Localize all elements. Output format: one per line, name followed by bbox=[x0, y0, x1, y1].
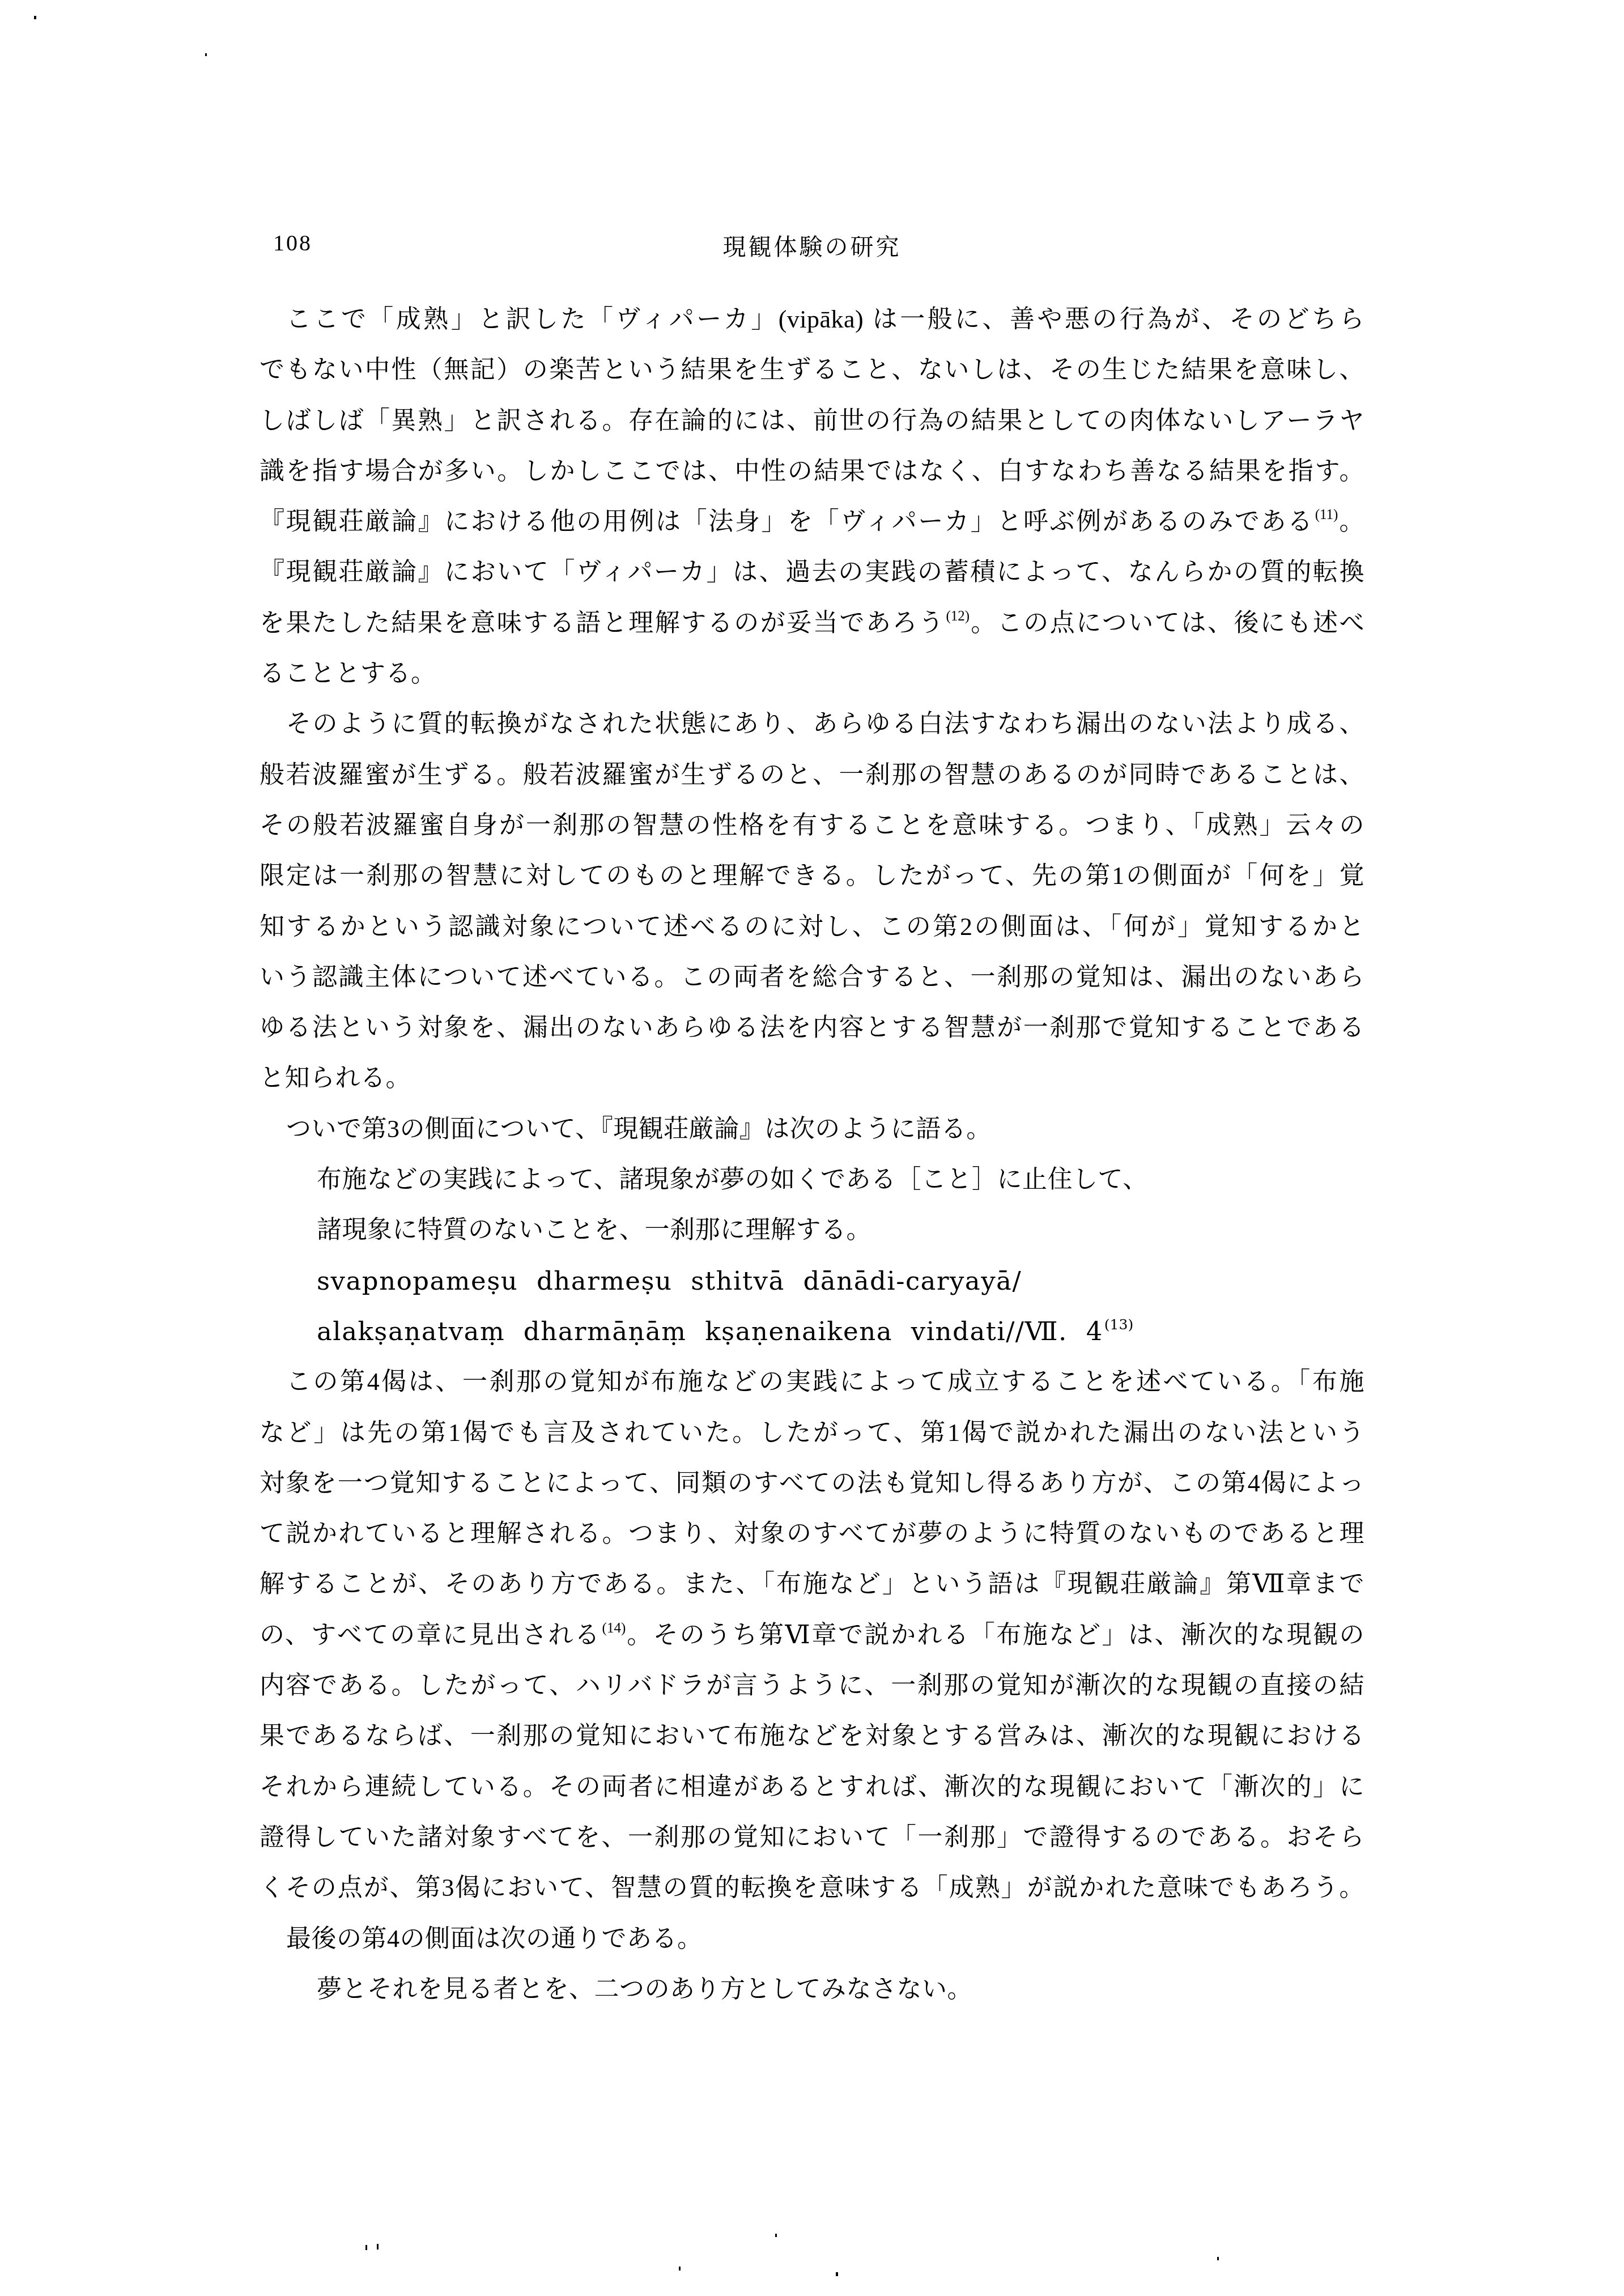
text-line: 證得していた諸対象すべてを、一刹那の覚知において「一刹那」で證得するのである。お… bbox=[260, 1812, 1364, 1863]
text-line: 果であるならば、一刹那の覚知において布施などを対象とする営みは、漸次的な現観にお… bbox=[260, 1711, 1364, 1761]
text-line: ることとする。 bbox=[260, 648, 1364, 699]
footnote-ref-12: (12) bbox=[945, 609, 970, 624]
line-text: この第4偈は、一刹那の覚知が布施などの実践によって成立することを述べている。「布… bbox=[286, 1368, 1364, 1396]
text-line: 内容である。したがって、ハリバドラが言うように、一刹那の覚知が漸次的な現観の直接… bbox=[260, 1660, 1364, 1711]
line-tail: 。 bbox=[1338, 508, 1364, 535]
line-text: 限定は一刹那の智慧に対してのものと理解できる。したがって、先の第1の側面が「何を… bbox=[260, 862, 1364, 890]
text-line: でもない中性（無記）の楽苦という結果を生ずること、ないしは、その生じた結果を意味… bbox=[260, 345, 1364, 395]
line-text: ることとする。 bbox=[260, 660, 436, 687]
text-line: いう認識主体について述べている。この両者を総合すると、一刹那の覚知は、漏出のない… bbox=[260, 952, 1364, 1002]
line-text: 対象を一つ覚知することによって、同類のすべての法も覚知し得るあり方が、この第4偈… bbox=[260, 1469, 1364, 1497]
line-text: 『現観荘厳論』における他の用例は「法身」を「ヴィパーカ」と呼ぶ例があるのみである bbox=[260, 508, 1314, 535]
line-text: を果たした結果を意味する語と理解するのが妥当であろう bbox=[260, 609, 945, 637]
line-text: ここで「成熟」と訳した「ヴィパーカ」(vipāka) は一般に、善や悪の行為が、… bbox=[286, 305, 1364, 333]
text-line: 般若波羅蜜が生ずる。般若波羅蜜が生ずるのと、一刹那の智慧のあるのが同時であること… bbox=[260, 750, 1364, 800]
text-line: の、すべての章に見出される(14)。そのうち第Ⅵ章で説かれる「布施など」は、漸次… bbox=[260, 1610, 1364, 1660]
line-text: 『現観荘厳論』において「ヴィパーカ」は、過去の実践の蓄積によって、なんらかの質的… bbox=[260, 558, 1364, 586]
text-line: それから連続している。その両者に相違があるとすれば、漸次的な現観において「漸次的… bbox=[260, 1762, 1364, 1812]
scan-noise-speck bbox=[836, 2272, 838, 2276]
text-line: 解することが、そのあり方である。また、「布施など」という語は『現観荘厳論』第Ⅶ章… bbox=[260, 1559, 1364, 1609]
verse-quote-line: 夢とそれを見る者とを、二つのあり方としてみなさない。 bbox=[260, 1964, 1364, 2014]
text-line: と知られる。 bbox=[260, 1053, 1364, 1103]
text-line: 限定は一刹那の智慧に対してのものと理解できる。したがって、先の第1の側面が「何を… bbox=[260, 851, 1364, 901]
text-line: その般若波羅蜜自身が一刹那の智慧の性格を有することを意味する。つまり、「成熟」云… bbox=[260, 800, 1364, 851]
text-line: て説かれていると理解される。つまり、対象のすべてが夢のように特質のないものである… bbox=[260, 1508, 1364, 1559]
footnote-ref-11: (11) bbox=[1314, 507, 1338, 522]
text-line: 知するかという認識対象について述べるのに対し、この第2の側面は、「何が」覚知する… bbox=[260, 902, 1364, 952]
text-line: 『現観荘厳論』において「ヴィパーカ」は、過去の実践の蓄積によって、なんらかの質的… bbox=[260, 547, 1364, 597]
page-number: 108 bbox=[273, 229, 312, 256]
line-text: いう認識主体について述べている。この両者を総合すると、一刹那の覚知は、漏出のない… bbox=[260, 963, 1364, 991]
line-text: て説かれていると理解される。つまり、対象のすべてが夢のように特質のないものである… bbox=[260, 1520, 1364, 1547]
scan-noise-speck bbox=[1217, 2257, 1219, 2260]
text-line: しばしば「異熟」と訳される。存在論的には、前世の行為の結果としての肉体ないしアー… bbox=[260, 396, 1364, 446]
page-header: 108 現観体験の研究 bbox=[260, 228, 1364, 258]
text-line: この第4偈は、一刹那の覚知が布施などの実践によって成立することを述べている。「布… bbox=[260, 1357, 1364, 1407]
line-text: でもない中性（無記）の楽苦という結果を生ずること、ないしは、その生じた結果を意味… bbox=[260, 356, 1364, 384]
sanskrit-verse-line: alakṣaṇatvaṃ dharmāṇāṃ kṣaṇenaikena vind… bbox=[260, 1306, 1364, 1357]
line-text: 布施などの実践によって、諸現象が夢の如くである［こと］に止住して、 bbox=[317, 1166, 1148, 1193]
sanskrit-verse-line: svapnopameṣu dharmeṣu sthitvā dānādi-car… bbox=[260, 1256, 1364, 1306]
text-line: 対象を一つ覚知することによって、同類のすべての法も覚知し得るあり方が、この第4偈… bbox=[260, 1458, 1364, 1508]
footnote-ref-13: (13) bbox=[1103, 1316, 1133, 1333]
scan-noise-speck bbox=[775, 2234, 777, 2237]
text-line: など」は先の第1偈でも言及されていた。したがって、第1偈で説かれた漏出のない法と… bbox=[260, 1408, 1364, 1458]
line-text: そのように質的転換がなされた状態にあり、あらゆる白法すなわち漏出のない法より成る… bbox=[286, 710, 1364, 738]
line-text: それから連続している。その両者に相違があるとすれば、漸次的な現観において「漸次的… bbox=[260, 1773, 1364, 1801]
line-text: 夢とそれを見る者とを、二つのあり方としてみなさない。 bbox=[317, 1975, 972, 2003]
line-text: その般若波羅蜜自身が一刹那の智慧の性格を有することを意味する。つまり、「成熟」云… bbox=[260, 811, 1364, 839]
line-text: 諸現象に特質のないことを、一刹那に理解する。 bbox=[317, 1216, 871, 1244]
line-text: 識を指す場合が多い。しかしここでは、中性の結果ではなく、白すなわち善なる結果を指… bbox=[260, 457, 1364, 485]
line-text: と知られる。 bbox=[260, 1064, 411, 1092]
text-line: くその点が、第3偈において、智慧の質的転換を意味する「成熟」が説かれた意味でもあ… bbox=[260, 1863, 1364, 1913]
line-tail: 。そのうち第Ⅵ章で説かれる「布施など」は、漸次的な現観の bbox=[626, 1621, 1364, 1649]
text-line: 最後の第4の側面は次の通りである。 bbox=[260, 1914, 1364, 1964]
text-line: 識を指す場合が多い。しかしここでは、中性の結果ではなく、白すなわち善なる結果を指… bbox=[260, 446, 1364, 496]
line-text: しばしば「異熟」と訳される。存在論的には、前世の行為の結果としての肉体ないしアー… bbox=[260, 407, 1364, 435]
line-text: svapnopameṣu dharmeṣu sthitvā dānādi-car… bbox=[317, 1266, 1022, 1296]
line-text: 般若波羅蜜が生ずる。般若波羅蜜が生ずるのと、一刹那の智慧のあるのが同時であること… bbox=[260, 761, 1364, 789]
line-text: ゆる法という対象を、漏出のないあらゆる法を内容とする智慧が一刹那で覚知することで… bbox=[260, 1014, 1364, 1041]
text-line: ここで「成熟」と訳した「ヴィパーカ」(vipāka) は一般に、善や悪の行為が、… bbox=[260, 294, 1364, 345]
footnote-ref-14: (14) bbox=[601, 1621, 626, 1636]
scan-noise-speck bbox=[679, 2267, 681, 2271]
line-text: 内容である。したがって、ハリバドラが言うように、一刹那の覚知が漸次的な現観の直接… bbox=[260, 1672, 1364, 1699]
scan-noise-speck bbox=[365, 2245, 367, 2250]
text-line: そのように質的転換がなされた状態にあり、あらゆる白法すなわち漏出のない法より成る… bbox=[260, 699, 1364, 749]
line-text: の、すべての章に見出される bbox=[260, 1621, 601, 1649]
line-text: 果であるならば、一刹那の覚知において布施などを対象とする営みは、漸次的な現観にお… bbox=[260, 1722, 1364, 1750]
verse-quote-line: 布施などの実践によって、諸現象が夢の如くである［こと］に止住して、 bbox=[260, 1154, 1364, 1205]
line-text: 解することが、そのあり方である。また、「布施など」という語は『現観荘厳論』第Ⅶ章… bbox=[260, 1570, 1364, 1598]
text-line: を果たした結果を意味する語と理解するのが妥当であろう(12)。この点については、… bbox=[260, 598, 1364, 648]
scan-noise-speck bbox=[34, 16, 36, 19]
text-line: ついで第3の側面について、『現観荘厳論』は次のように語る。 bbox=[260, 1104, 1364, 1154]
line-text: ついで第3の側面について、『現観荘厳論』は次のように語る。 bbox=[286, 1115, 992, 1143]
line-text: くその点が、第3偈において、智慧の質的転換を意味する「成熟」が説かれた意味でもあ… bbox=[260, 1874, 1364, 1902]
body-text: ここで「成熟」と訳した「ヴィパーカ」(vipāka) は一般に、善や悪の行為が、… bbox=[260, 294, 1364, 2014]
scan-noise-speck bbox=[205, 53, 207, 56]
line-text: 證得していた諸対象すべてを、一刹那の覚知において「一刹那」で證得するのである。お… bbox=[260, 1823, 1364, 1851]
line-text: 最後の第4の側面は次の通りである。 bbox=[286, 1925, 703, 1953]
scan-noise-speck bbox=[377, 2244, 379, 2250]
running-title: 現観体験の研究 bbox=[260, 228, 1364, 262]
line-text: 知するかという認識対象について述べるのに対し、この第2の側面は、「何が」覚知する… bbox=[260, 913, 1364, 941]
verse-quote-line: 諸現象に特質のないことを、一刹那に理解する。 bbox=[260, 1205, 1364, 1255]
line-tail: 。この点については、後にも述べ bbox=[970, 609, 1364, 637]
text-line: 『現観荘厳論』における他の用例は「法身」を「ヴィパーカ」と呼ぶ例があるのみである… bbox=[260, 496, 1364, 547]
line-text: alakṣaṇatvaṃ dharmāṇāṃ kṣaṇenaikena vind… bbox=[317, 1316, 1103, 1346]
scanned-document-page: { "page": { "number": "108", "title": "現… bbox=[0, 0, 1624, 2296]
text-line: ゆる法という対象を、漏出のないあらゆる法を内容とする智慧が一刹那で覚知することで… bbox=[260, 1002, 1364, 1053]
line-text: など」は先の第1偈でも言及されていた。したがって、第1偈で説かれた漏出のない法と… bbox=[260, 1419, 1364, 1447]
